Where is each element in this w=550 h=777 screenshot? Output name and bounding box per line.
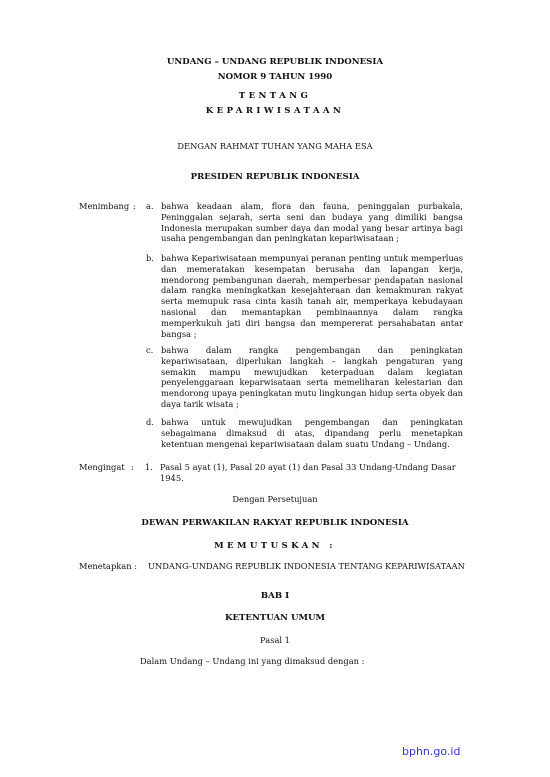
- text-line: sebagaimana dimaksud di atas, dipandang …: [161, 428, 463, 439]
- text-line: penyelenggaraan keparwisataan serta meme…: [161, 377, 463, 388]
- pasal-intro: Dalam Undang – Undang ini yang dimaksud …: [140, 656, 364, 666]
- text-line: mendorong upaya peningkatan mutu lingkun…: [161, 388, 463, 399]
- menetapkan-value: UNDANG-UNDANG REPUBLIK INDONESIA TENTANG…: [148, 561, 465, 571]
- document-page: UNDANG – UNDANG REPUBLIK INDONESIA NOMOR…: [0, 0, 550, 777]
- bab-title: KETENTUAN UMUM: [0, 613, 550, 623]
- text-line: bahwa keadaan alam, flora dan fauna, pen…: [161, 201, 463, 212]
- menimbang-colon: :: [133, 201, 136, 211]
- item-b-marker: b.: [146, 253, 154, 263]
- menimbang-item-b: bahwa Kepariwisataan mempunyai peranan p…: [161, 253, 463, 339]
- item-a-marker: a.: [146, 201, 154, 211]
- text-line: ketentuan mengenai kepariwisataan dalam …: [161, 439, 463, 450]
- text-line: serta memupuk rasa cinta kasih tanah air…: [161, 296, 463, 307]
- text-line: bahwa Kepariwisataan mempunyai peranan p…: [161, 253, 463, 264]
- menimbang-item-a: bahwa keadaan alam, flora dan fauna, pen…: [161, 201, 463, 244]
- text-line: bangsa ;: [161, 329, 463, 340]
- menimbang-item-c: bahwa dalam rangka pengembangan dan peni…: [161, 345, 463, 410]
- item-c-marker: c.: [146, 345, 153, 355]
- mengingat-item-line1: Pasal 5 ayat (1), Pasal 20 ayat (1) dan …: [160, 462, 456, 472]
- text-line: memperkukuh jati diri bangsa dan mempere…: [161, 318, 463, 329]
- persetujuan: Dengan Persetujuan: [0, 494, 550, 504]
- watermark-link[interactable]: bphn.go.id: [402, 745, 460, 758]
- mengingat-item-marker: 1.: [145, 462, 153, 472]
- president-heading: PRESIDEN REPUBLIK INDONESIA: [0, 172, 550, 182]
- text-line: bahwa untuk mewujudkan pengembangan dan …: [161, 417, 463, 428]
- text-line: usaha pengembangan dan peningkatan kepar…: [161, 233, 463, 244]
- mengingat-label: Mengingat: [79, 462, 125, 472]
- text-line: bahwa dalam rangka pengembangan dan peni…: [161, 345, 463, 356]
- menetapkan-label: Menetapkan :: [79, 561, 137, 571]
- tentang-heading: TENTANG: [0, 91, 550, 101]
- menimbang-label: Menimbang: [79, 201, 129, 211]
- memutuskan-heading: MEMUTUSKAN :: [0, 541, 550, 551]
- law-number: NOMOR 9 TAHUN 1990: [0, 72, 550, 82]
- text-line: semakin mampu mewujudkan keterpaduan dal…: [161, 367, 463, 378]
- item-d-marker: d.: [146, 417, 154, 427]
- text-line: dalam rangka meningkatkan kesejahteraan …: [161, 285, 463, 296]
- mengingat-item-line2: 1945.: [160, 473, 184, 483]
- law-title: UNDANG – UNDANG REPUBLIK INDONESIA: [0, 57, 550, 67]
- text-line: mendorong pembangunan daerah, memperbesa…: [161, 275, 463, 286]
- preamble: DENGAN RAHMAT TUHAN YANG MAHA ESA: [0, 141, 550, 151]
- text-line: Indonesia merupakan sumber daya dan moda…: [161, 223, 463, 234]
- menimbang-item-d: bahwa untuk mewujudkan pengembangan dan …: [161, 417, 463, 449]
- text-line: nasional dan memantapkan pembinaannya da…: [161, 307, 463, 318]
- text-line: dan memeratakan kesempatan berusaha dan …: [161, 264, 463, 275]
- text-line: kepariwisataan, diperlukan langkah – lan…: [161, 356, 463, 367]
- pasal-heading: Pasal 1: [0, 635, 550, 645]
- dpr-heading: DEWAN PERWAKILAN RAKYAT REPUBLIK INDONES…: [0, 518, 550, 528]
- text-line: daya tarik wisata ;: [161, 399, 463, 410]
- subject-heading: KEPARIWISATAAN: [0, 106, 550, 116]
- mengingat-colon: :: [131, 462, 134, 472]
- bab-number: BAB I: [0, 591, 550, 601]
- text-line: Peninggalan sejarah, serta seni dan buda…: [161, 212, 463, 223]
